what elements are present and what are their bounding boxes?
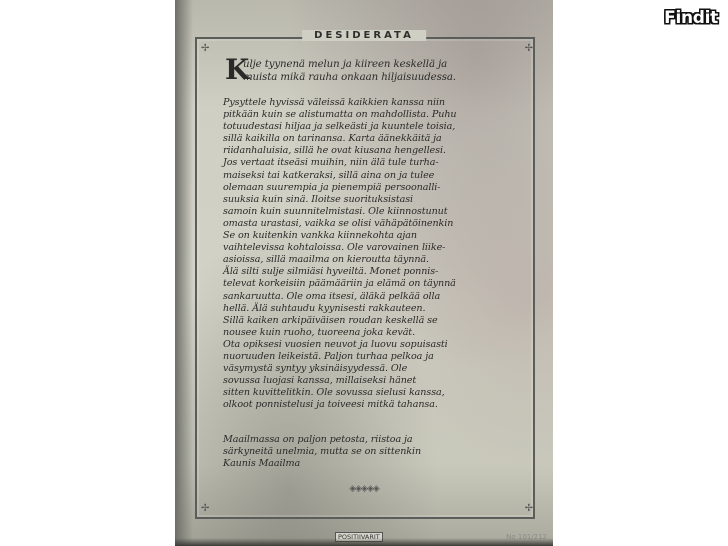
poster-title: DESIDERATA (302, 30, 426, 41)
corner-ornament-icon: ✢ (525, 504, 533, 514)
poster-photo: DESIDERATA ✢ ✢ ✢ ✢ K ulje tyynenä melun … (175, 0, 553, 546)
publisher-logo: POSITIIVARIT (335, 532, 383, 542)
body-paragraph: Pysyttele hyvissä väleissä kaikkien kans… (223, 97, 523, 411)
findit-logo: Findit (664, 8, 718, 28)
intro-text: ulje tyynenä melun ja kiireen keskellä j… (243, 58, 523, 84)
closing-paragraph: Maailmassa on paljon petosta, riistoa ja… (223, 434, 523, 470)
corner-ornament-icon: ✢ (201, 44, 209, 54)
corner-ornament-icon: ✢ (525, 44, 533, 54)
print-number: No 101/212 (506, 533, 547, 541)
divider-ornament-icon: ◈◈◈◈◈ (349, 484, 379, 494)
corner-ornament-icon: ✢ (201, 504, 209, 514)
